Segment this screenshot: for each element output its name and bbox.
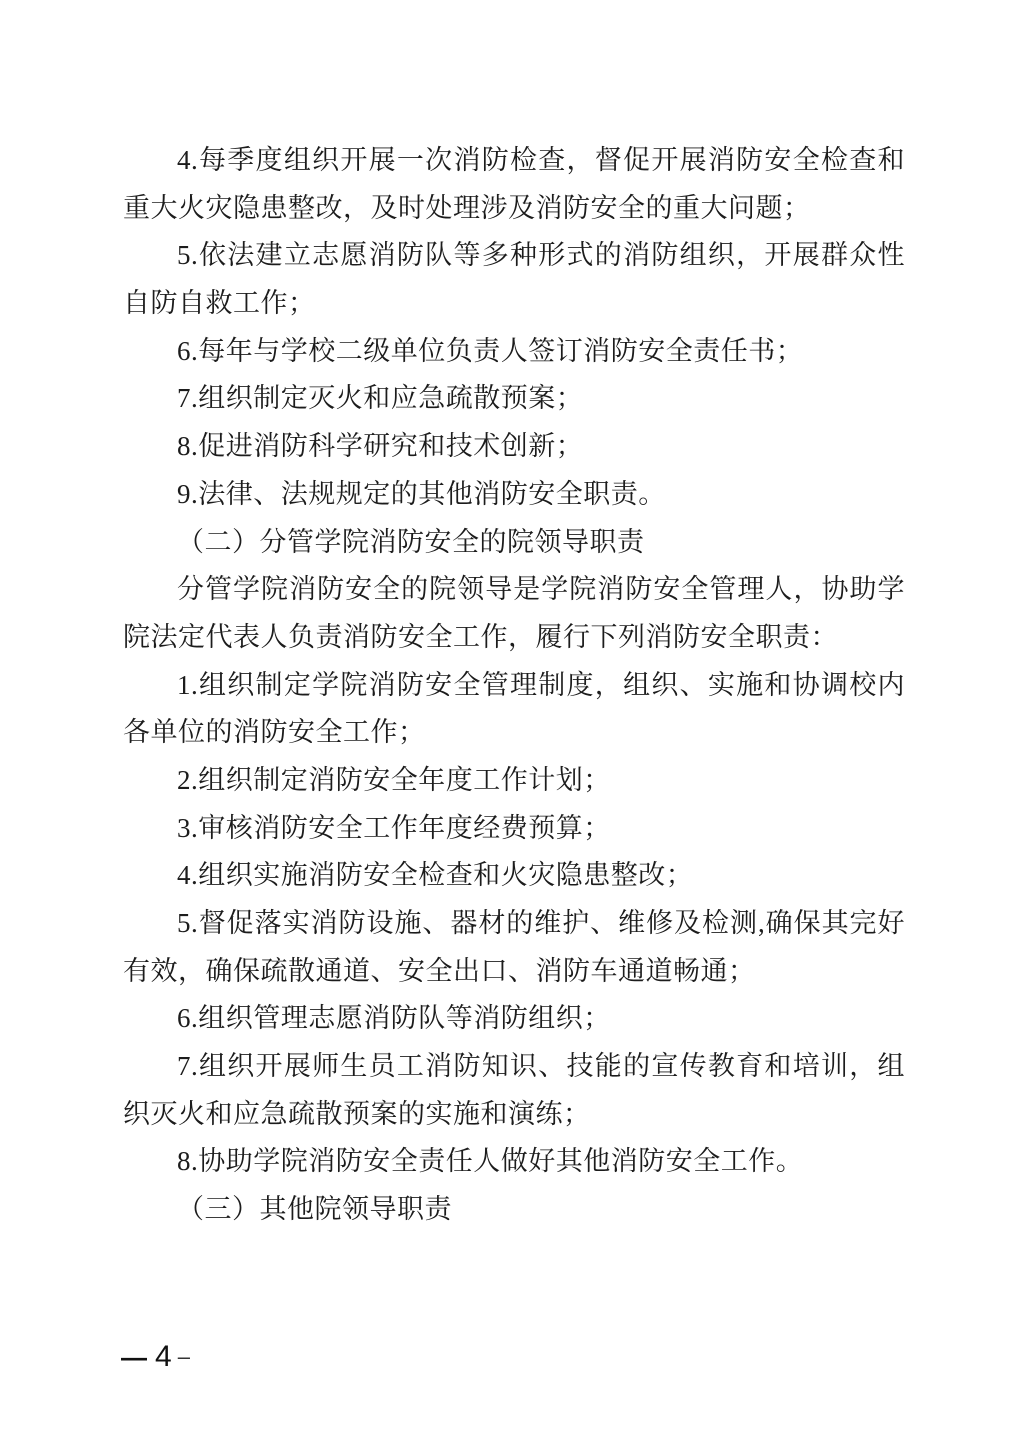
text-line: 3.审核消防安全工作年度经费预算； [123,805,905,853]
document-page: 4.每季度组织开展一次消防检查，督促开展消防安全检查和重大火灾隐患整改，及时处理… [0,0,1024,1448]
text-line: 重大火灾隐患整改，及时处理涉及消防安全的重大问题； [123,185,905,233]
text-line: 4.每季度组织开展一次消防检查，督促开展消防安全检查和 [123,137,905,185]
text-line: 1.组织制定学院消防安全管理制度，组织、实施和协调校内 [123,662,905,710]
text-line: （三）其他院领导职责 [123,1186,905,1234]
text-line: 7.组织制定灭火和应急疏散预案； [123,375,905,423]
text-line: 8.协助学院消防安全责任人做好其他消防安全工作。 [123,1138,905,1186]
text-line: 6.组织管理志愿消防队等消防组织； [123,995,905,1043]
footer-dash-left: — [121,1344,147,1370]
document-body: 4.每季度组织开展一次消防检查，督促开展消防安全检查和重大火灾隐患整改，及时处理… [123,137,905,1234]
text-line: 分管学院消防安全的院领导是学院消防安全管理人，协助学 [123,566,905,614]
page-number: 4 [155,1342,172,1372]
text-line: 9.法律、法规规定的其他消防安全职责。 [123,471,905,519]
text-line: 7.组织开展师生员工消防知识、技能的宣传教育和培训，组 [123,1043,905,1091]
text-line: 有效，确保疏散通道、安全出口、消防车通道畅通； [123,948,905,996]
page-footer: — 4 – [121,1340,190,1374]
footer-dash-right: – [178,1346,190,1368]
text-line: 6.每年与学校二级单位负责人签订消防安全责任书； [123,328,905,376]
text-line: 自防自救工作； [123,280,905,328]
text-line: 院法定代表人负责消防安全工作，履行下列消防安全职责： [123,614,905,662]
text-line: 5.督促落实消防设施、器材的维护、维修及检测,确保其完好 [123,900,905,948]
text-line: 各单位的消防安全工作； [123,709,905,757]
text-line: 2.组织制定消防安全年度工作计划； [123,757,905,805]
text-line: 8.促进消防科学研究和技术创新； [123,423,905,471]
text-line: （二）分管学院消防安全的院领导职责 [123,519,905,567]
text-line: 4.组织实施消防安全检查和火灾隐患整改； [123,852,905,900]
text-line: 5.依法建立志愿消防队等多种形式的消防组织，开展群众性 [123,232,905,280]
text-line: 织灭火和应急疏散预案的实施和演练； [123,1091,905,1139]
